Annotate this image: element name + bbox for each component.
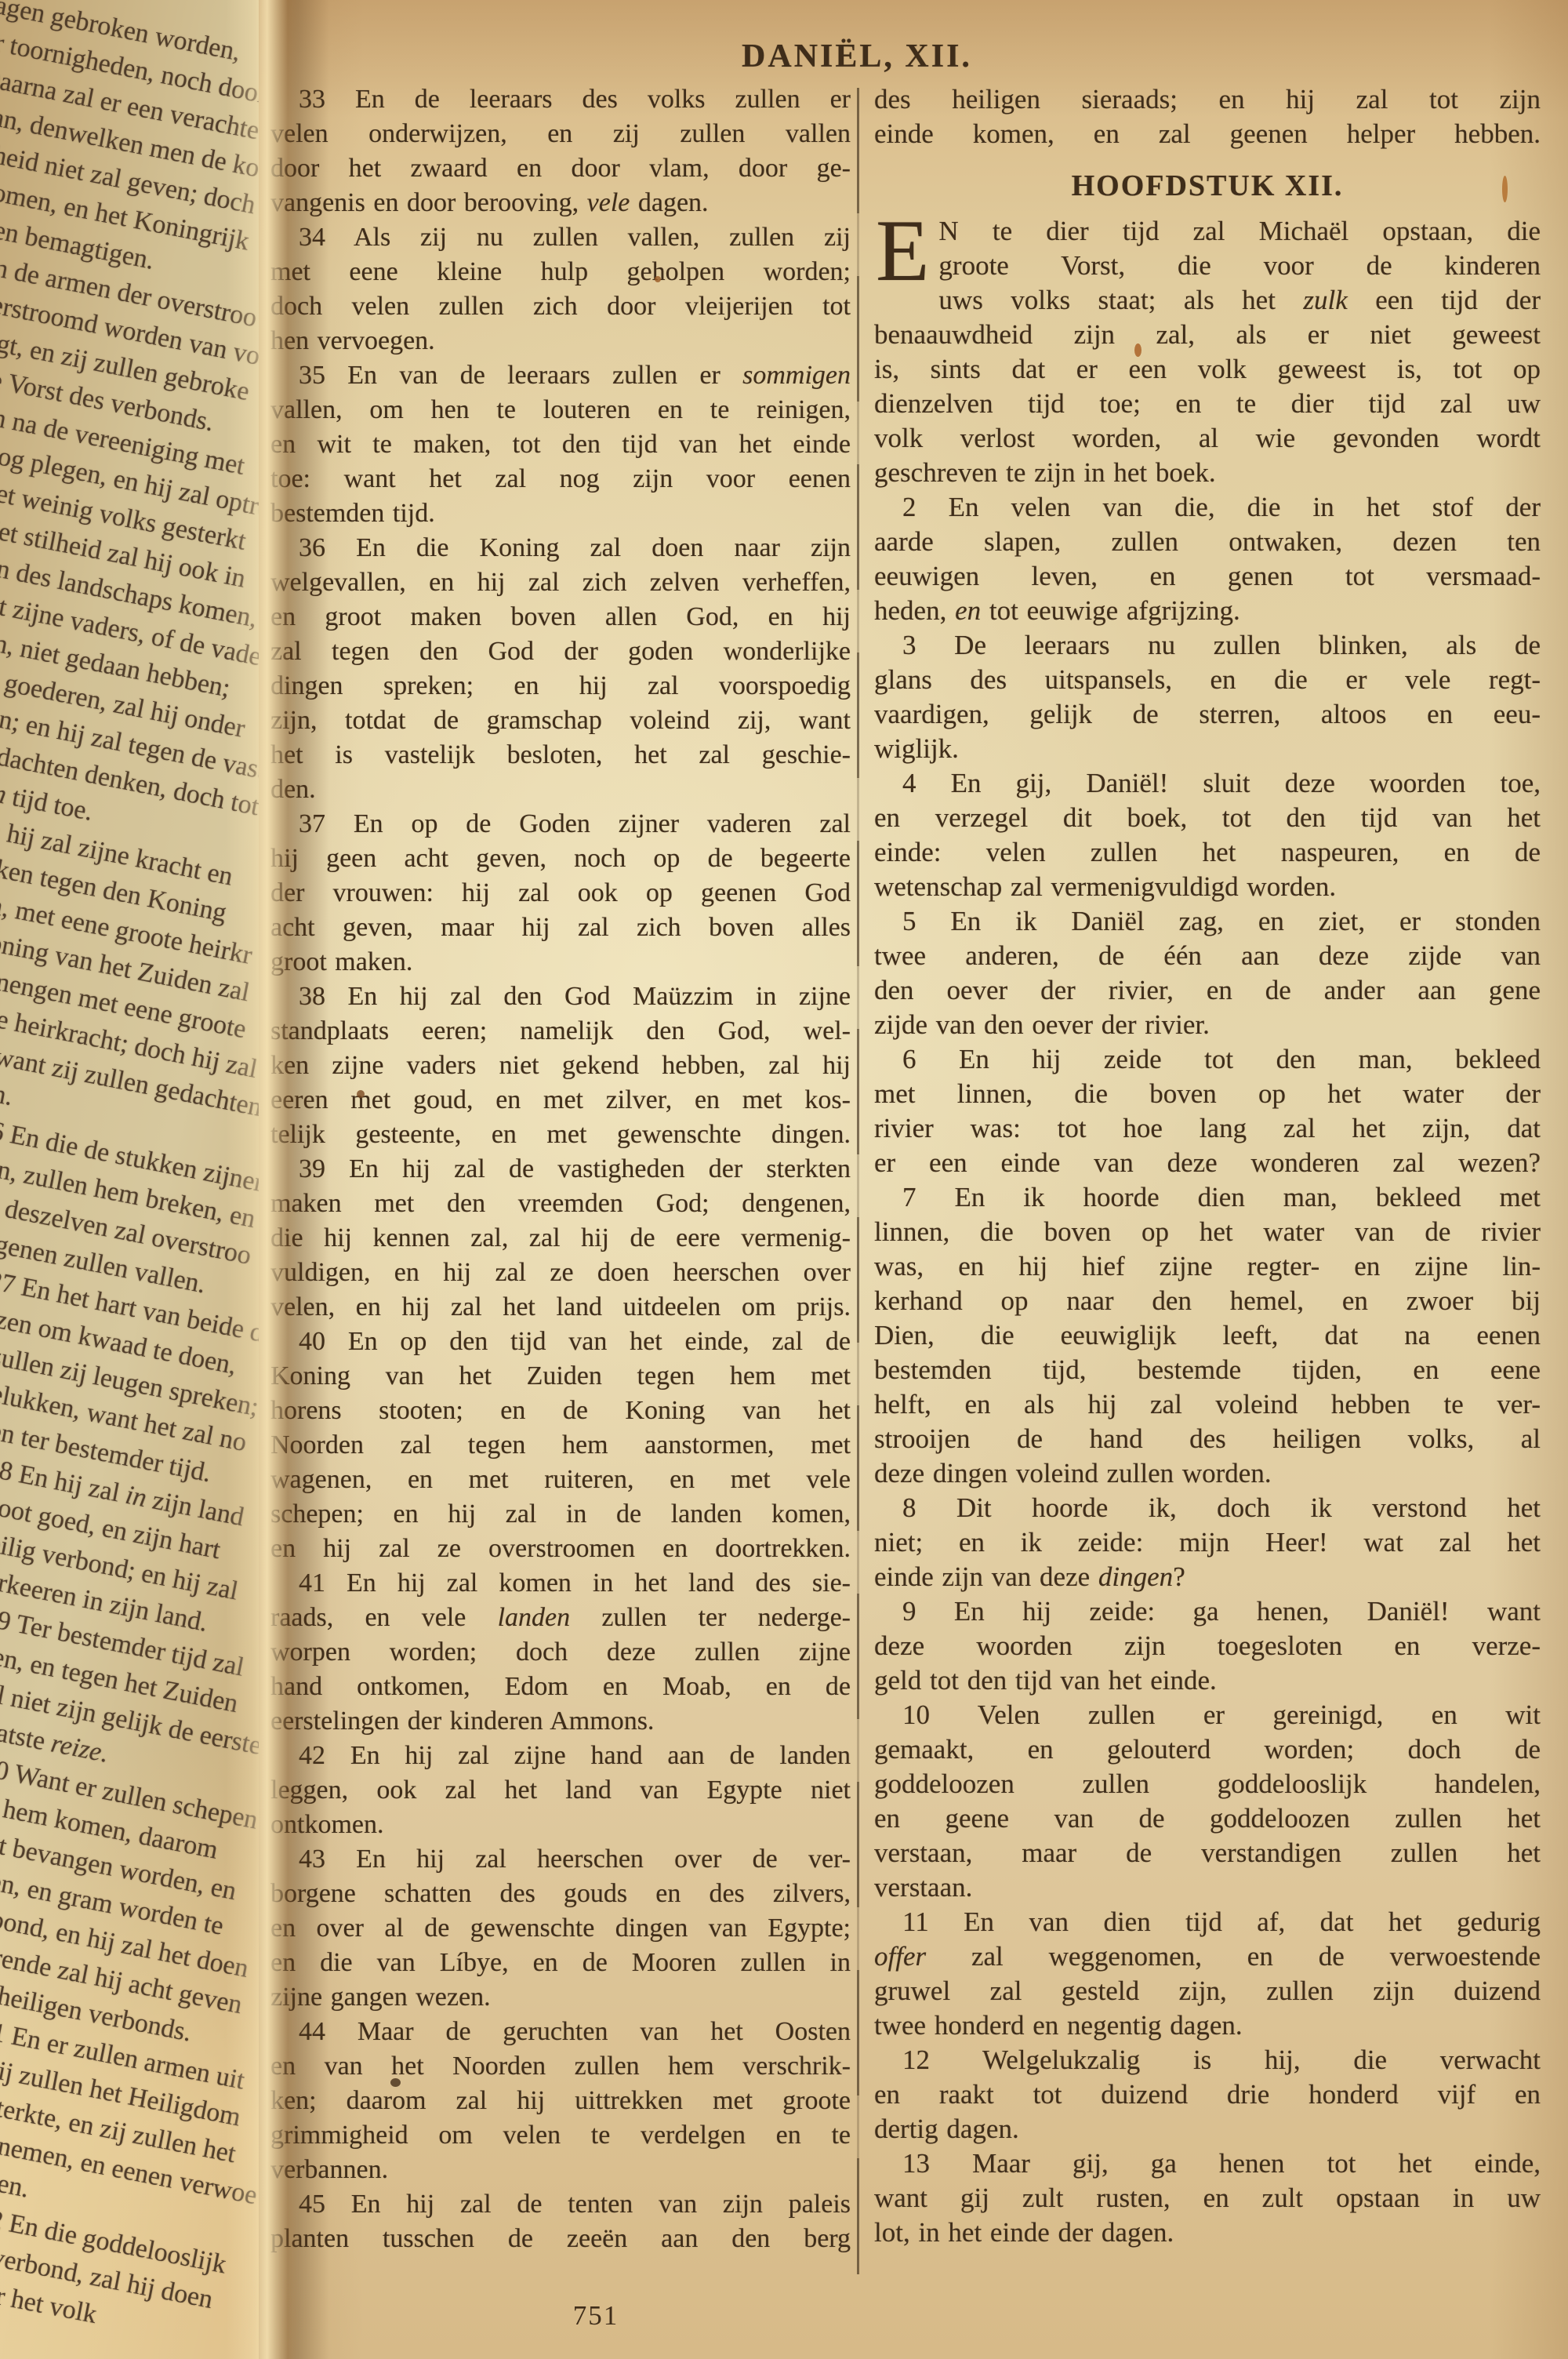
text-line: hij geen acht geven, noch op de begeerte: [270, 841, 851, 876]
chapter-heading: HOOFDSTUK XII.: [874, 169, 1541, 203]
verse-paragraph: 10 Velen zullen er gereinigd, en witgema…: [874, 1698, 1541, 1905]
text-line: hand ontkomen, Edom en Moab, en de: [270, 1670, 851, 1704]
verse-paragraph: 38 En hij zal den God Maüzzim in zijnest…: [270, 980, 851, 1152]
text-line: bestemden tijd.: [270, 496, 851, 531]
verse-paragraph: 39 En hij zal de vastigheden der sterkte…: [270, 1152, 851, 1325]
text-line: 3 De leeraars nu zullen blinken, als de: [874, 628, 1541, 663]
ink-speck: [357, 1090, 365, 1098]
text-line: borgene schatten des gouds en des zilver…: [270, 1877, 851, 1911]
verse-paragraph: 6 En hij zeide tot den man, bekleedmet l…: [874, 1042, 1541, 1180]
text-line: des heiligen sieraads; en hij zal tot zi…: [874, 82, 1541, 117]
text-line: velen, en hij zal het land uitdeelen om …: [270, 1290, 851, 1325]
text-line: dertig dagen.: [874, 2112, 1541, 2146]
text-line: gruwel zal gesteld zijn, zullen zijn dui…: [874, 1974, 1541, 2008]
text-line: wiglijk.: [874, 732, 1541, 766]
text-line: bestemden tijd, bestemde tijden, en eene: [874, 1353, 1541, 1387]
text-line: benaauwdheid zijn zal, als er niet gewee…: [874, 318, 1541, 352]
text-line: ken zijne vaders niet gekend hebben, zal…: [270, 1049, 851, 1083]
text-line: 38 En hij zal den God Maüzzim in zijne: [270, 980, 851, 1014]
text-line: en verzegel dit boek, tot den tijd van h…: [874, 801, 1541, 835]
text-line: die hij kennen zal, zal hij de eere verm…: [270, 1221, 851, 1256]
text-line: 10 Velen zullen er gereinigd, en wit: [874, 1698, 1541, 1732]
verse-paragraph: 5 En ik Daniël zag, en ziet, er stondent…: [874, 904, 1541, 1042]
text-line: offer zal weggenomen, en de verwoestende: [874, 1939, 1541, 1974]
verse-paragraph: 37 En op de Goden zijner vaderen zalhij …: [270, 807, 851, 980]
text-line: einde komen, en zal geenen helper hebben…: [874, 117, 1541, 151]
text-line: heden, en tot eeuwige afgrijzing.: [874, 594, 1541, 628]
text-line: door het zwaard en door vlam, door ge-: [270, 151, 851, 186]
page-number: 751: [306, 2300, 886, 2332]
text-line: niet; en ik zeide: mijn Heer! wat zal he…: [874, 1525, 1541, 1560]
text-line: linnen, die boven op het water van de ri…: [874, 1215, 1541, 1249]
text-line: eerstelingen der kinderen Ammons.: [270, 1704, 851, 1739]
text-line: planten tusschen de zeeën aan den berg: [270, 2222, 851, 2256]
text-line: vallen, om hen te louteren en te reinige…: [270, 393, 851, 427]
text-line: 8 Dit hoorde ik, doch ik verstond het: [874, 1491, 1541, 1525]
text-line: 6 En hij zeide tot den man, bekleed: [874, 1042, 1541, 1077]
text-line: het is vastelijk besloten, het zal gesch…: [270, 738, 851, 772]
text-line: 45 En hij zal de tenten van zijn paleis: [270, 2187, 851, 2222]
text-line: toe: want het zal nog zijn voor eenen: [270, 462, 851, 496]
text-line: en wit te maken, tot den tijd van het ei…: [270, 427, 851, 462]
text-line: 12 Welgelukzalig is hij, die verwacht: [874, 2043, 1541, 2077]
text-line: was, en hij hief zijne regter- en zijne …: [874, 1249, 1541, 1284]
text-line: worpen worden; doch deze zullen zijne: [270, 1635, 851, 1670]
text-line: dienzelven tijd toe; en te dier tijd zal…: [874, 387, 1541, 421]
text-line: doch velen zullen zich door vleijerijen …: [270, 289, 851, 324]
text-line: aarde slapen, zullen ontwaken, dezen ten: [874, 525, 1541, 559]
text-line: helft, en als hij zal voleind hebben te …: [874, 1387, 1541, 1422]
text-line: verbannen.: [270, 2153, 851, 2187]
text-line: met eene kleine hulp geholpen worden;: [270, 255, 851, 289]
text-line: 2 En velen van die, die in het stof der: [874, 490, 1541, 525]
text-line: 4 En gij, Daniël! sluit deze woorden toe…: [874, 766, 1541, 801]
text-line: en groot maken boven allen God, en hij: [270, 600, 851, 634]
text-line: den oever der rivier, en de ander aan ge…: [874, 973, 1541, 1008]
text-line: en hij zal ze overstroomen en doortrekke…: [270, 1532, 851, 1566]
text-line: 40 En op den tijd van het einde, zal de: [270, 1325, 851, 1359]
verse-paragraph: 12 Welgelukzalig is hij, die verwachten …: [874, 2043, 1541, 2146]
text-line: wetenschap zal vermenigvuldigd worden.: [874, 870, 1541, 904]
verse-paragraph: 36 En die Koning zal doen naar zijnwelge…: [270, 531, 851, 807]
page-gutter-shadow: [226, 0, 329, 2359]
verse-paragraph: 34 Als zij nu zullen vallen, zullen zijm…: [270, 220, 851, 358]
text-line: twee honderd en negentig dagen.: [874, 2008, 1541, 2043]
text-line: 33 En de leeraars des volks zullen er: [270, 82, 851, 117]
verse-paragraph: 42 En hij zal zijne hand aan de landenle…: [270, 1739, 851, 1842]
text-line: maken met den vreemden God; dengenen,: [270, 1187, 851, 1221]
text-line: en over al de gewenschte dingen van Egyp…: [270, 1911, 851, 1946]
text-line: hen vervoegen.: [270, 324, 851, 358]
text-line: verstaan, maar de verstandigen zullen he…: [874, 1836, 1541, 1870]
ink-speck: [390, 2078, 401, 2087]
text-line: acht geven, maar hij zal zich boven alle…: [270, 911, 851, 945]
text-line: twee anderen, de één aan deze zijde van: [874, 939, 1541, 973]
text-line: velen onderwijzen, en zij zullen vallen: [270, 117, 851, 151]
text-line: 41 En hij zal komen in het land des sie-: [270, 1566, 851, 1601]
text-line: 36 En die Koning zal doen naar zijn: [270, 531, 851, 565]
text-line: 39 En hij zal de vastigheden der sterkte…: [270, 1152, 851, 1187]
text-line: 11 En van dien tijd af, dat het gedurig: [874, 1905, 1541, 1939]
text-line: 13 Maar gij, ga henen tot het einde,: [874, 2146, 1541, 2181]
text-line: Noorden zal tegen hem aanstormen, met: [270, 1428, 851, 1463]
text-line: geld tot den tijd van het einde.: [874, 1663, 1541, 1698]
verse-paragraph: 33 En de leeraars des volks zullen ervel…: [270, 82, 851, 220]
text-line: groot maken.: [270, 945, 851, 980]
verse-paragraph: 11 En van dien tijd af, dat het gedurigo…: [874, 1905, 1541, 2043]
text-line: 42 En hij zal zijne hand aan de landen: [270, 1739, 851, 1773]
current-page: DANIËL, XII. 33 En de leeraars des volks…: [259, 0, 1568, 2359]
text-line: strooijen de hand des heiligen volks, al: [874, 1422, 1541, 1456]
drop-cap: E: [876, 217, 929, 286]
text-line: 43 En hij zal heerschen over de ver-: [270, 1842, 851, 1877]
text-line: verstaan.: [874, 1870, 1541, 1905]
text-line: 44 Maar de geruchten van het Oosten: [270, 2015, 851, 2049]
verse-paragraph: 35 En van de leeraars zullen er sommigen…: [270, 358, 851, 531]
text-line: telijk gesteente, en met gewenschte ding…: [270, 1118, 851, 1152]
text-line: N te dier tijd zal Michaël opstaan, die: [874, 214, 1541, 249]
left-column: 33 En de leeraars des volks zullen ervel…: [270, 82, 851, 2256]
text-line: eeren met goud, en met zilver, en met ko…: [270, 1083, 851, 1118]
text-line: met linnen, die boven op het water der: [874, 1077, 1541, 1111]
text-line: 7 En ik hoorde dien man, bekleed met: [874, 1180, 1541, 1215]
verse-paragraph: 13 Maar gij, ga henen tot het einde,want…: [874, 2146, 1541, 2250]
verse-paragraph: 41 En hij zal komen in het land des sie-…: [270, 1566, 851, 1739]
text-line: zijn, totdat de gramschap voleind zij, w…: [270, 703, 851, 738]
text-line: Koning van het Zuiden tegen hem met: [270, 1359, 851, 1394]
text-line: standplaats eeren; namelijk den God, wel…: [270, 1014, 851, 1049]
right-column: des heiligen sieraads; en hij zal tot zi…: [874, 82, 1541, 2250]
verse-paragraph: 2 En velen van die, die in het stof dera…: [874, 490, 1541, 628]
text-line: schepen; en hij zal in de landen komen,: [270, 1497, 851, 1532]
text-line: groote Vorst, die voor de kinderen: [874, 249, 1541, 283]
ink-speck: [1134, 343, 1142, 357]
text-line: dingen spreken; en hij zal voorspoedig: [270, 669, 851, 703]
verse-paragraph: 45 En hij zal de tenten van zijn paleisp…: [270, 2187, 851, 2256]
text-line: kerhand op naar den hemel, en zwoer bij: [874, 1284, 1541, 1318]
text-line: grimmigheid om velen te verdelgen en te: [270, 2118, 851, 2153]
text-line: en geene van de goddeloozen zullen het: [874, 1801, 1541, 1836]
text-line: 5 En ik Daniël zag, en ziet, er stonden: [874, 904, 1541, 939]
text-line: zal tegen den God der goden wonderlijke: [270, 634, 851, 669]
text-line: er een einde van deze wonderen zal wezen…: [874, 1146, 1541, 1180]
text-line: ken; daarom zal hij uittrekken met groot…: [270, 2084, 851, 2118]
text-line: Dien, die eeuwiglijk leeft, dat na eenen: [874, 1318, 1541, 1353]
text-line: vaardigen, gelijk de sterren, altoos en …: [874, 697, 1541, 732]
text-line: glans des uitspansels, en die er vele re…: [874, 663, 1541, 697]
verse-paragraph: 40 En op den tijd van het einde, zal deK…: [270, 1325, 851, 1566]
text-line: 34 Als zij nu zullen vallen, zullen zij: [270, 220, 851, 255]
text-line: ontkomen.: [270, 1808, 851, 1842]
text-line: einde zijn van deze dingen?: [874, 1560, 1541, 1594]
verse-paragraph: 43 En hij zal heerschen over de ver-borg…: [270, 1842, 851, 2015]
verse-paragraph: 7 En ik hoorde dien man, bekleed metlinn…: [874, 1180, 1541, 1491]
verse-paragraph: 4 En gij, Daniël! sluit deze woorden toe…: [874, 766, 1541, 904]
text-line: rivier was: tot hoe lang zal het zijn, d…: [874, 1111, 1541, 1146]
text-line: want gij zult rusten, en zult opstaan in…: [874, 2181, 1541, 2215]
text-line: welgevallen, en hij zal zich zelven verh…: [270, 565, 851, 600]
text-line: vangenis en door berooving, vele dagen.: [270, 186, 851, 220]
text-line: is, sints dat er een volk geweest is, to…: [874, 352, 1541, 387]
text-line: der vrouwen: hij zal ook op geenen God: [270, 876, 851, 911]
text-line: leggen, ook zal het land van Egypte niet: [270, 1773, 851, 1808]
text-line: 9 En hij zeide: ga henen, Daniël! want: [874, 1594, 1541, 1629]
text-line: deze dingen voleind zullen worden.: [874, 1456, 1541, 1491]
text-line: geschreven te zijn in het boek.: [874, 456, 1541, 490]
text-line: zijde van den oever der rivier.: [874, 1008, 1541, 1042]
text-line: lot, in het einde der dagen.: [874, 2215, 1541, 2250]
text-line: vuldigen, en hij zal ze doen heerschen o…: [270, 1256, 851, 1290]
text-line: gemaakt, en gelouterd worden; doch de: [874, 1732, 1541, 1767]
verse-paragraph-dropcap: EN te dier tijd zal Michaël opstaan, die…: [874, 214, 1541, 490]
verse-paragraph: 9 En hij zeide: ga henen, Daniël! wantde…: [874, 1594, 1541, 1698]
text-line: 35 En van de leeraars zullen er sommigen: [270, 358, 851, 393]
text-line: zijne gangen wezen.: [270, 1980, 851, 2015]
verse-paragraph: 3 De leeraars nu zullen blinken, als deg…: [874, 628, 1541, 766]
ink-speck: [1502, 176, 1508, 202]
text-line: einde: velen zullen het naspeuren, en de: [874, 835, 1541, 870]
text-line: raads, en vele landen zullen ter nederge…: [270, 1601, 851, 1635]
text-line: horens stooten; en de Koning van het: [270, 1394, 851, 1428]
book-spread: dagen gebroken worden,or toornigheden, n…: [0, 0, 1568, 2359]
text-line: goddeloozen zullen goddelooslijk handele…: [874, 1767, 1541, 1801]
text-line: den.: [270, 772, 851, 807]
text-line: 37 En op de Goden zijner vaderen zal: [270, 807, 851, 841]
text-line: uws volks staat; als het zulk een tijd d…: [874, 283, 1541, 318]
ink-speck: [655, 276, 661, 282]
text-line: en van het Noorden zullen hem verschrik-: [270, 2049, 851, 2084]
running-header: DANIËL, XII.: [202, 38, 1512, 75]
text-line: volk verlost worden, al wie gevonden wor…: [874, 421, 1541, 456]
text-line: wagenen, en met ruiteren, en met vele: [270, 1463, 851, 1497]
column-divider-rule: [857, 88, 859, 2274]
text-line: deze woorden zijn toegesloten en verze-: [874, 1629, 1541, 1663]
verse-paragraph: 44 Maar de geruchten van het Oostenen va…: [270, 2015, 851, 2187]
text-line: en die van Líbye, en de Mooren zullen in: [270, 1946, 851, 1980]
verse-paragraph: des heiligen sieraads; en hij zal tot zi…: [874, 82, 1541, 151]
text-line: eeuwigen leven, en genen tot versmaad-: [874, 559, 1541, 594]
verse-paragraph: 8 Dit hoorde ik, doch ik verstond hetnie…: [874, 1491, 1541, 1594]
text-line: en raakt tot duizend drie honderd vijf e…: [874, 2077, 1541, 2112]
